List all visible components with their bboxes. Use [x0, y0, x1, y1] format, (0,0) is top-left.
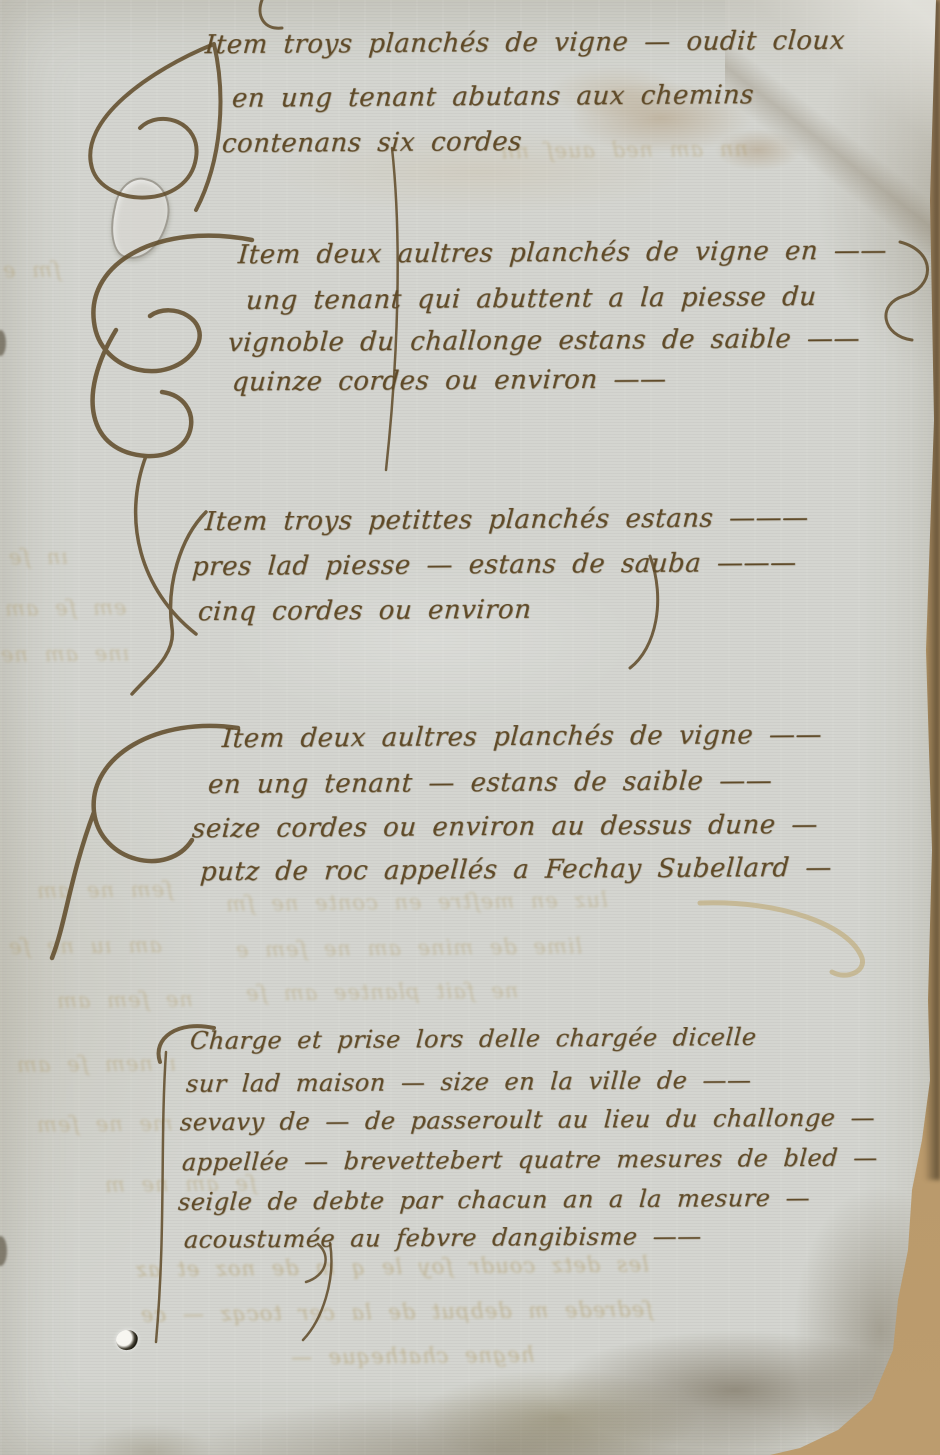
manuscript-line: Item deux aultres planchés de vigne en —…	[237, 236, 888, 271]
manuscript-line: pres lad piesse — estans de sauba ———	[191, 548, 797, 582]
bleedthrough-fragment: me ne ſem	[36, 1111, 173, 1136]
manuscript-line: appellée — brevettebert quatre mesures d…	[181, 1144, 878, 1177]
bleedthrough-fragment: lime de mine am ne ſem e	[235, 934, 582, 962]
bleedthrough-fragment: nn am ned aueſ nn	[500, 137, 748, 164]
bleedthrough-fragment: hegne chatheque —	[290, 1343, 535, 1370]
damage-patch	[104, 173, 176, 265]
manuscript-line: quinze cordes ou environ ——	[231, 364, 667, 397]
bleedthrough-fragment: ı nem ſe am	[16, 1051, 176, 1077]
manuscript-line: ung tenant qui abuttent a la piesse du	[245, 282, 817, 316]
bleedthrough-fragment: am ıu ne ſe	[8, 933, 162, 959]
manuscript-line: sur lad maison — size en la ville de ——	[185, 1066, 752, 1098]
manuscript-line: cinq cordes ou environ	[197, 595, 532, 627]
manuscript-line: Charge et prise lors delle chargée dicel…	[189, 1023, 757, 1055]
initial-flourish-entry-3	[132, 512, 206, 694]
manuscript-photo: { "page": { "colors": { "backdrop": "#b6…	[0, 0, 940, 1455]
initial-tail-entry-2	[136, 456, 196, 634]
manuscript-line: seigle de debte par chacun an a la mesur…	[177, 1184, 811, 1216]
manuscript-line: putz de roc appellés a Fechay Subellard …	[199, 853, 833, 887]
margin-stroke-entry-5	[156, 1052, 166, 1342]
manuscript-line: seize cordes ou environ au dessus dune —	[191, 810, 819, 844]
bleedthrough-fragment: les detz coudr ſoy le q m de noz et az	[135, 1252, 649, 1281]
bleedthrough-fragment: ın ſe	[8, 545, 68, 570]
bleedthrough-fragment: luz en meſtre en conte ne ſm	[225, 888, 608, 916]
bleedthrough-fragment: ne ſem am	[56, 987, 193, 1012]
bleedthrough-fragment: em ſe am	[4, 595, 127, 620]
manuscript-line: Item deux aultres planchés de vigne ——	[221, 720, 823, 754]
manuscript-line: Item troys petittes planchés estans ———	[204, 503, 809, 537]
manuscript-page: nn am ned aueſ nn ſm e ın ſe em ſe am ın…	[0, 0, 940, 1455]
bleedthrough-fragment: ıne am ne	[0, 641, 130, 666]
right-margin-squiggle	[886, 242, 928, 340]
bleedthrough-fragment: ſedrede m debput de la cer tocqz — ce	[140, 1297, 653, 1326]
puncture-hole	[114, 1327, 140, 1352]
bleedthrough-fragment: ſem ne am	[36, 877, 173, 902]
manuscript-line: vignoble du challonge estans de saible —…	[227, 324, 861, 358]
manuscript-line: Item troys planchés de vigne — oudit clo…	[204, 26, 846, 60]
edge-nick	[0, 330, 6, 356]
bleedthrough-fragment: ne fait plantee am ſe	[245, 979, 518, 1006]
top-edge-hook	[260, 0, 282, 28]
manuscript-line: sevavy de — de passeroult au lieu du cha…	[179, 1104, 876, 1137]
edge-nick	[0, 1236, 7, 1266]
manuscript-line: contenans six cordes	[221, 127, 523, 159]
bleed-curve	[700, 903, 863, 975]
manuscript-line: acoustumée au febvre dangibisme ——	[183, 1222, 702, 1254]
bleedthrough-fragment: ſm e	[2, 258, 61, 283]
manuscript-line: en ung tenant — estans de saible ——	[207, 766, 773, 800]
manuscript-line: en ung tenant abutans aux chemins	[231, 80, 755, 114]
